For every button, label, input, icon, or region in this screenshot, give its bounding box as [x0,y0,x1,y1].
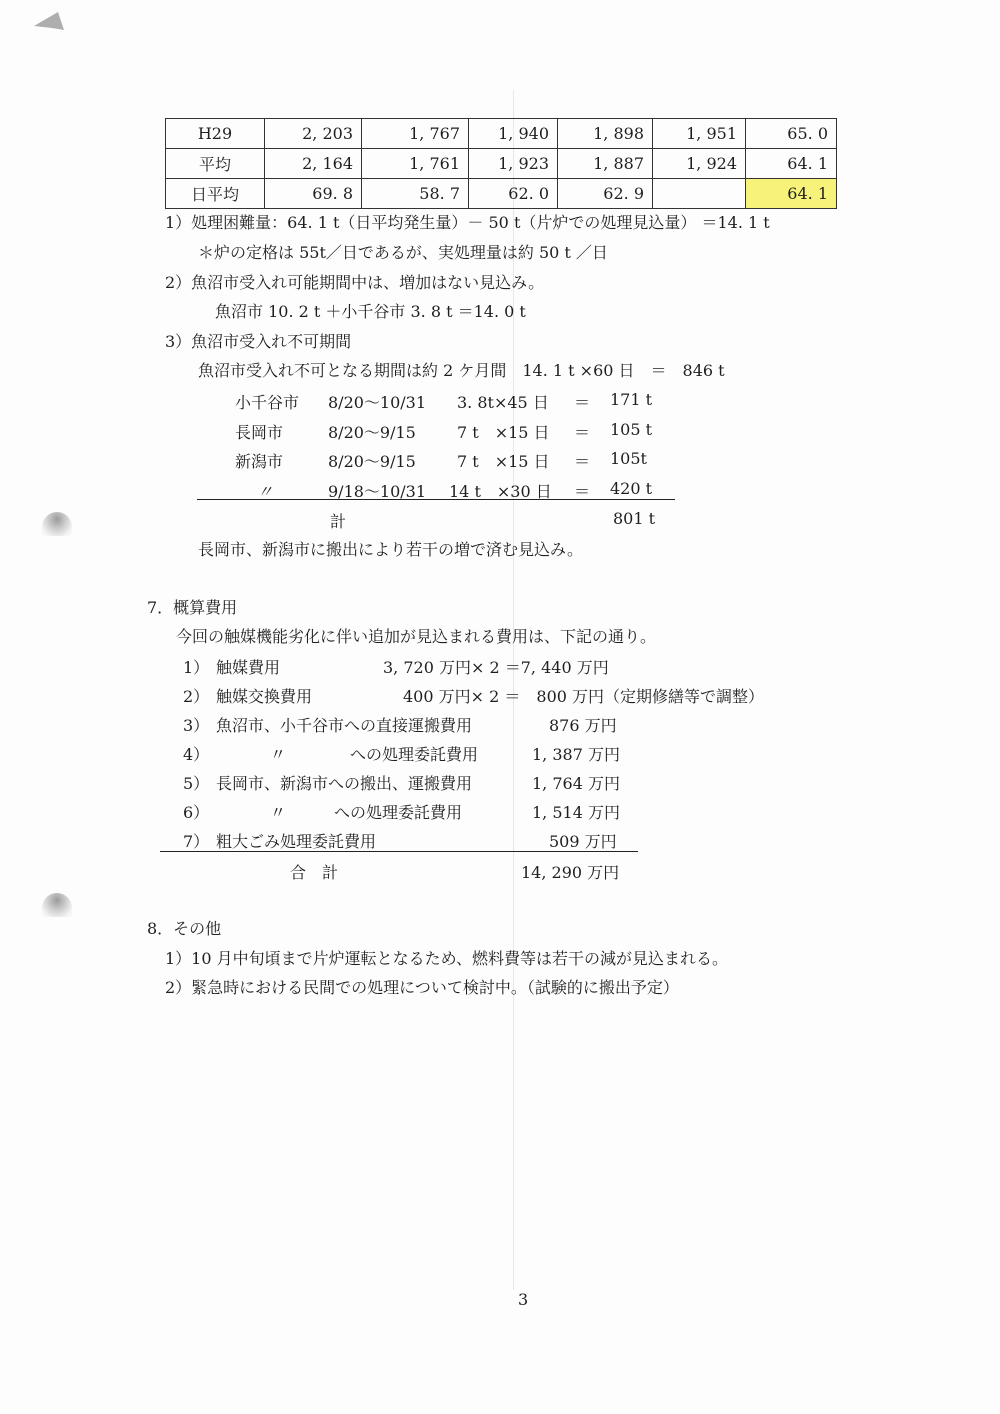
table-row: H29 2, 203 1, 767 1, 940 1, 898 1, 951 6… [166,119,837,149]
cell: 2, 164 [265,149,362,179]
item-label: 触媒費用 [216,655,280,678]
equals: ＝ [574,390,590,413]
cell: 65. 0 [746,119,837,149]
other-item: 2）緊急時における民間での処理について検討中。（試験的に搬出予定） [165,977,679,999]
item-number: 2） [183,684,209,707]
section-heading: 7．概算費用 [147,597,237,619]
cell: 2, 203 [265,119,362,149]
cost-item: 4） 〃 への処理委託費用 1, 387 万円 [0,742,1000,764]
cell: 1, 761 [362,149,469,179]
divider [197,499,675,500]
table-row: 日平均 69. 8 58. 7 62. 0 62. 9 64. 1 [166,179,837,209]
item-label: 触媒交換費用 [216,684,312,707]
staple-mark-icon [28,8,68,38]
divider [160,851,638,852]
cell: 62. 0 [469,179,558,209]
other-item: 1）10 月中旬頃まで片炉運転となるため、燃料費等は若干の減が見込まれる。 [165,948,728,970]
waste-volume-table: H29 2, 203 1, 767 1, 940 1, 898 1, 951 6… [165,118,837,209]
punch-hole-bottom [42,893,72,917]
item-label: 〃 への処理委託費用 [270,742,478,765]
row-label: 平均 [166,149,265,179]
city: 新潟市 [235,449,283,472]
cell: 58. 7 [362,179,469,209]
item-number: 5） [183,771,209,794]
breakdown-row: 新潟市 8/20～9/15 7 t ×15 日 ＝ 105t [0,449,1000,471]
item-amount: 876 万円 [549,713,617,736]
breakdown-total-row: 計 801 t [0,509,1000,531]
item-unacceptable-period: 3）魚沼市受入れ不可期間 [165,331,351,353]
cost-item: 5） 長岡市、新潟市への搬出、運搬費用 1, 764 万円 [0,771,1000,793]
item-label: 魚沼市、小千谷市への直接運搬費用 [216,713,472,736]
item-difficult-volume: 1）処理困難量：64. 1 t（日平均発生量）－ 50 t（片炉での処理見込量）… [165,212,770,234]
equals: ＝ [574,449,590,472]
total-label: 合 計 [290,860,338,883]
cost-total-row: 合 計 14, 290 万円 [0,860,1000,882]
item-amount: 1, 514 万円 [532,800,620,823]
total-label: 計 [330,509,346,532]
total-value: 14, 290 万円 [521,860,619,883]
page-number: 3 [518,1290,528,1309]
item-number: 6） [183,800,209,823]
total: 420 t [610,479,652,498]
item-amount: 1, 387 万円 [532,742,620,765]
rate: 7 t ×15 日 [457,420,550,443]
cell: 64. 1 [746,149,837,179]
conclusion: 長岡市、新潟市に搬出により若干の増で済む見込み。 [198,539,583,561]
total: 105 t [610,420,652,439]
item-number: 7） [183,829,209,852]
item-acceptance: 2）魚沼市受入れ可能期間中は、増加はない見込み。 [165,272,544,294]
city: 長岡市 [235,420,283,443]
cell: 1, 767 [362,119,469,149]
cell: 1, 924 [653,149,746,179]
item-calc: 3, 720 万円× 2 ＝7, 440 万円 [383,655,609,678]
cost-item: 2） 触媒交換費用 400 万円× 2 ＝ 800 万円（定期修繕等で調整） [0,684,1000,706]
item-calc: 400 万円× 2 ＝ 800 万円（定期修繕等で調整） [403,684,764,707]
period: 8/20～10/31 [328,390,426,413]
item-label: 長岡市、新潟市への搬出、運搬費用 [216,771,472,794]
breakdown-row: 小千谷市 8/20～10/31 3. 8t×45 日 ＝ 171 t [0,390,1000,412]
item-note: ＊炉の定格は 55t／日であるが、実処理量は約 50 t ／日 [198,242,608,264]
cost-item: 1） 触媒費用 3, 720 万円× 2 ＝7, 440 万円 [0,655,1000,677]
period: 8/20～9/15 [328,449,416,472]
item-acceptance-detail: 魚沼市 10. 2 t ＋小千谷市 3. 8 t ＝14. 0 t [215,301,526,323]
item-unacceptable-detail: 魚沼市受入れ不可となる期間は約 2 ケ月間 14. 1 t ×60 日 ＝ 84… [198,360,725,382]
item-amount: 509 万円 [549,829,617,852]
row-label: 日平均 [166,179,265,209]
total-value: 801 t [613,509,655,528]
equals: ＝ [574,420,590,443]
city: 小千谷市 [235,390,299,413]
section-heading: 8．その他 [147,918,221,940]
item-label: 粗大ごみ処理委託費用 [216,829,376,852]
section-intro: 今回の触媒機能劣化に伴い追加が見込まれる費用は、下記の通り。 [176,626,656,648]
cell: 62. 9 [558,179,653,209]
item-amount: 1, 764 万円 [532,771,620,794]
rate: 7 t ×15 日 [457,449,550,472]
item-label: 〃 への処理委託費用 [270,800,462,823]
breakdown-row: 長岡市 8/20～9/15 7 t ×15 日 ＝ 105 t [0,420,1000,442]
highlighted-cell: 64. 1 [746,179,837,209]
item-number: 3） [183,713,209,736]
total: 105t [610,449,647,468]
period: 8/20～9/15 [328,420,416,443]
item-number: 1） [183,655,209,678]
total: 171 t [610,390,652,409]
cell: 1, 887 [558,149,653,179]
cell: 1, 898 [558,119,653,149]
cell [653,179,746,209]
item-number: 4） [183,742,209,765]
cell: 1, 940 [469,119,558,149]
cost-item: 6） 〃 への処理委託費用 1, 514 万円 [0,800,1000,822]
cell: 1, 951 [653,119,746,149]
rate: 3. 8t×45 日 [457,390,549,413]
cell: 69. 8 [265,179,362,209]
cell: 1, 923 [469,149,558,179]
breakdown-row: 〃 9/18～10/31 14 t ×30 日 ＝ 420 t [0,479,1000,501]
row-label: H29 [166,119,265,149]
cost-item: 7） 粗大ごみ処理委託費用 509 万円 [0,829,1000,851]
cost-item: 3） 魚沼市、小千谷市への直接運搬費用 876 万円 [0,713,1000,735]
table-row: 平均 2, 164 1, 761 1, 923 1, 887 1, 924 64… [166,149,837,179]
